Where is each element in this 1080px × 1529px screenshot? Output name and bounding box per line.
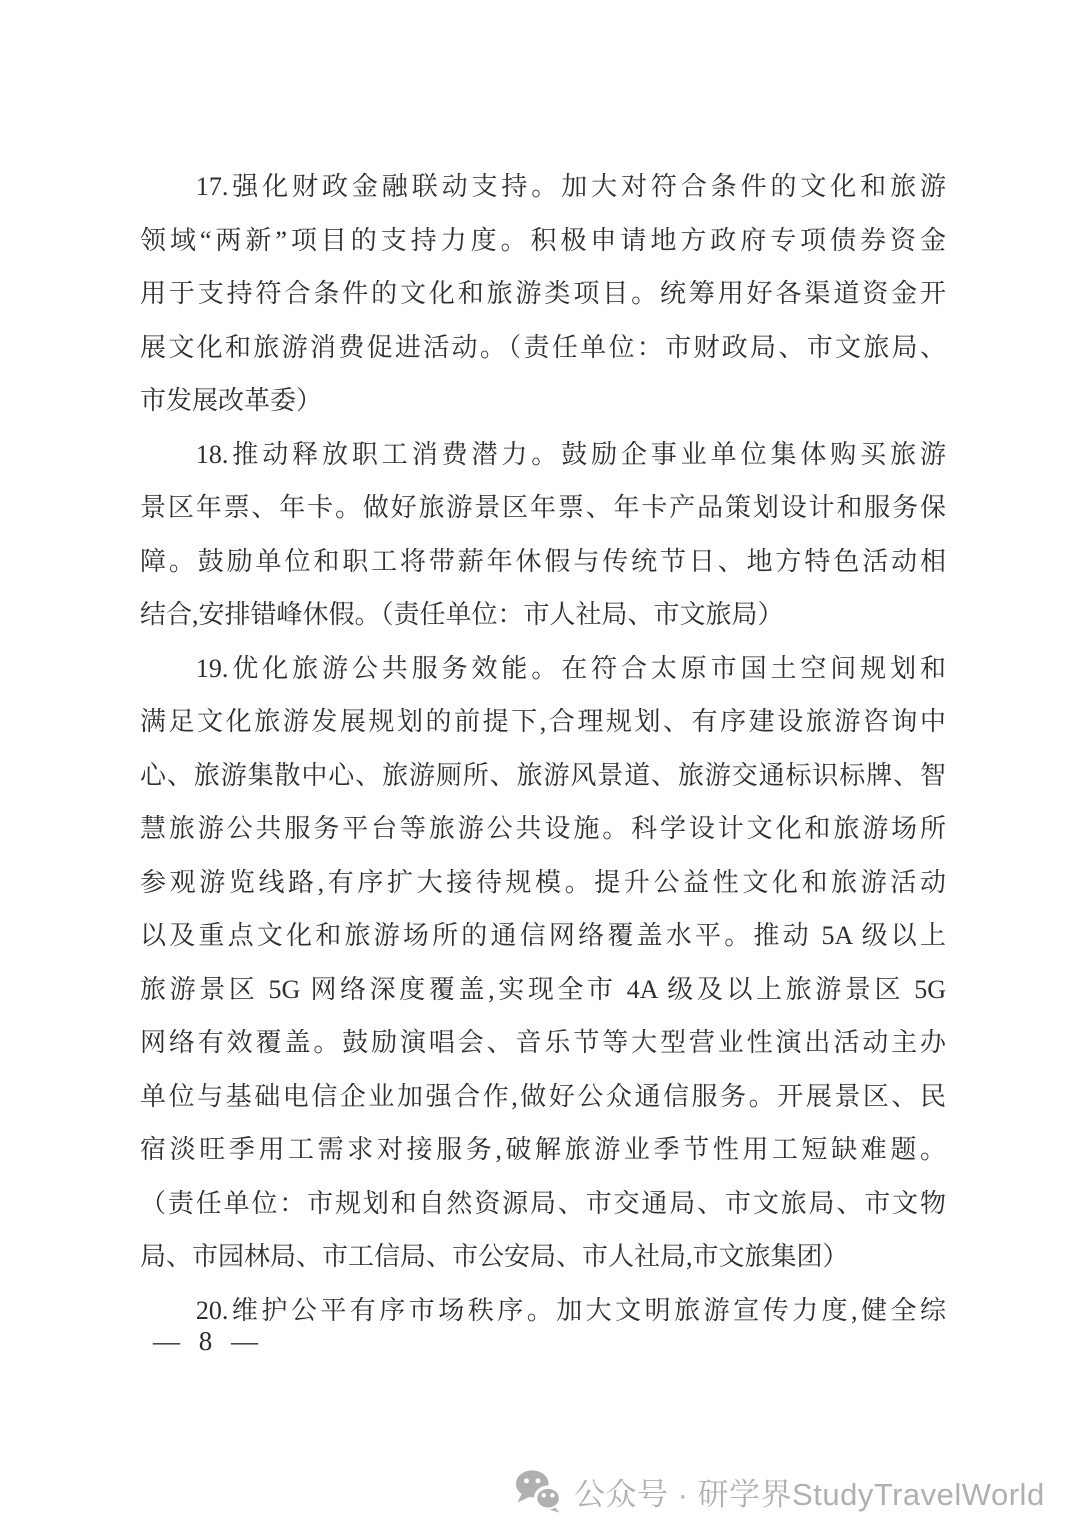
paragraph-19-line-9: 单位与基础电信企业加强合作,做好公众通信服务。开展景区、民 (140, 1070, 946, 1124)
paragraph-18-line-4: 结合,安排错峰休假。（责任单位：市人社局、市文旅局） (140, 588, 946, 642)
paragraph-19-line-2: 满足文化旅游发展规划的前提下,合理规划、有序建设旅游咨询中 (140, 695, 946, 749)
watermark: 公众号 · 研学界StudyTravelWorld (514, 1466, 1045, 1516)
paragraph-19-line-11: （责任单位：市规划和自然资源局、市交通局、市文旅局、市文物 (140, 1177, 946, 1231)
paragraph-18-line-3: 障。鼓励单位和职工将带薪年休假与传统节日、地方特色活动相 (140, 535, 946, 589)
paragraph-17-line-3: 用于支持符合条件的文化和旅游类项目。统筹用好各渠道资金开 (140, 267, 946, 321)
paragraph-17-line-4: 展文化和旅游消费促进活动。（责任单位：市财政局、市文旅局、 (140, 321, 946, 375)
paragraph-19-line-6: 以及重点文化和旅游场所的通信网络覆盖水平。推动 5A 级以上 (140, 909, 946, 963)
document-body: 17.强化财政金融联动支持。加大对符合条件的文化和旅游 领域“两新”项目的支持力… (140, 160, 946, 1337)
paragraph-18-line-1: 18.推动释放职工消费潜力。鼓励企事业单位集体购买旅游 (140, 428, 946, 482)
paragraph-19-line-10: 宿淡旺季用工需求对接服务,破解旅游业季节性用工短缺难题。 (140, 1123, 946, 1177)
paragraph-19-line-7: 旅游景区 5G 网络深度覆盖,实现全市 4A 级及以上旅游景区 5G (140, 963, 946, 1017)
paragraph-18-line-2: 景区年票、年卡。做好旅游景区年票、年卡产品策划设计和服务保 (140, 481, 946, 535)
paragraph-19-line-5: 参观游览线路,有序扩大接待规模。提升公益性文化和旅游活动 (140, 856, 946, 910)
paragraph-17-line-2: 领域“两新”项目的支持力度。积极申请地方政府专项债券资金 (140, 214, 946, 268)
paragraph-19-line-3: 心、旅游集散中心、旅游厕所、旅游风景道、旅游交通标识标牌、智 (140, 749, 946, 803)
document-page: 17.强化财政金融联动支持。加大对符合条件的文化和旅游 领域“两新”项目的支持力… (0, 0, 1080, 1529)
paragraph-19-line-4: 慧旅游公共服务平台等旅游公共设施。科学设计文化和旅游场所 (140, 802, 946, 856)
paragraph-19-line-8: 网络有效覆盖。鼓励演唱会、音乐节等大型营业性演出活动主办 (140, 1016, 946, 1070)
wechat-icon (514, 1468, 562, 1514)
paragraph-19-line-1: 19.优化旅游公共服务效能。在符合太原市国土空间规划和 (140, 642, 946, 696)
paragraph-19-line-12: 局、市园林局、市工信局、市公安局、市人社局,市文旅集团） (140, 1230, 946, 1284)
paragraph-17-line-5: 市发展改革委） (140, 374, 946, 428)
watermark-text: 公众号 · 研学界StudyTravelWorld (574, 1469, 1045, 1514)
paragraph-17-line-1: 17.强化财政金融联动支持。加大对符合条件的文化和旅游 (140, 160, 946, 214)
page-number: — 8 — (153, 1326, 262, 1357)
